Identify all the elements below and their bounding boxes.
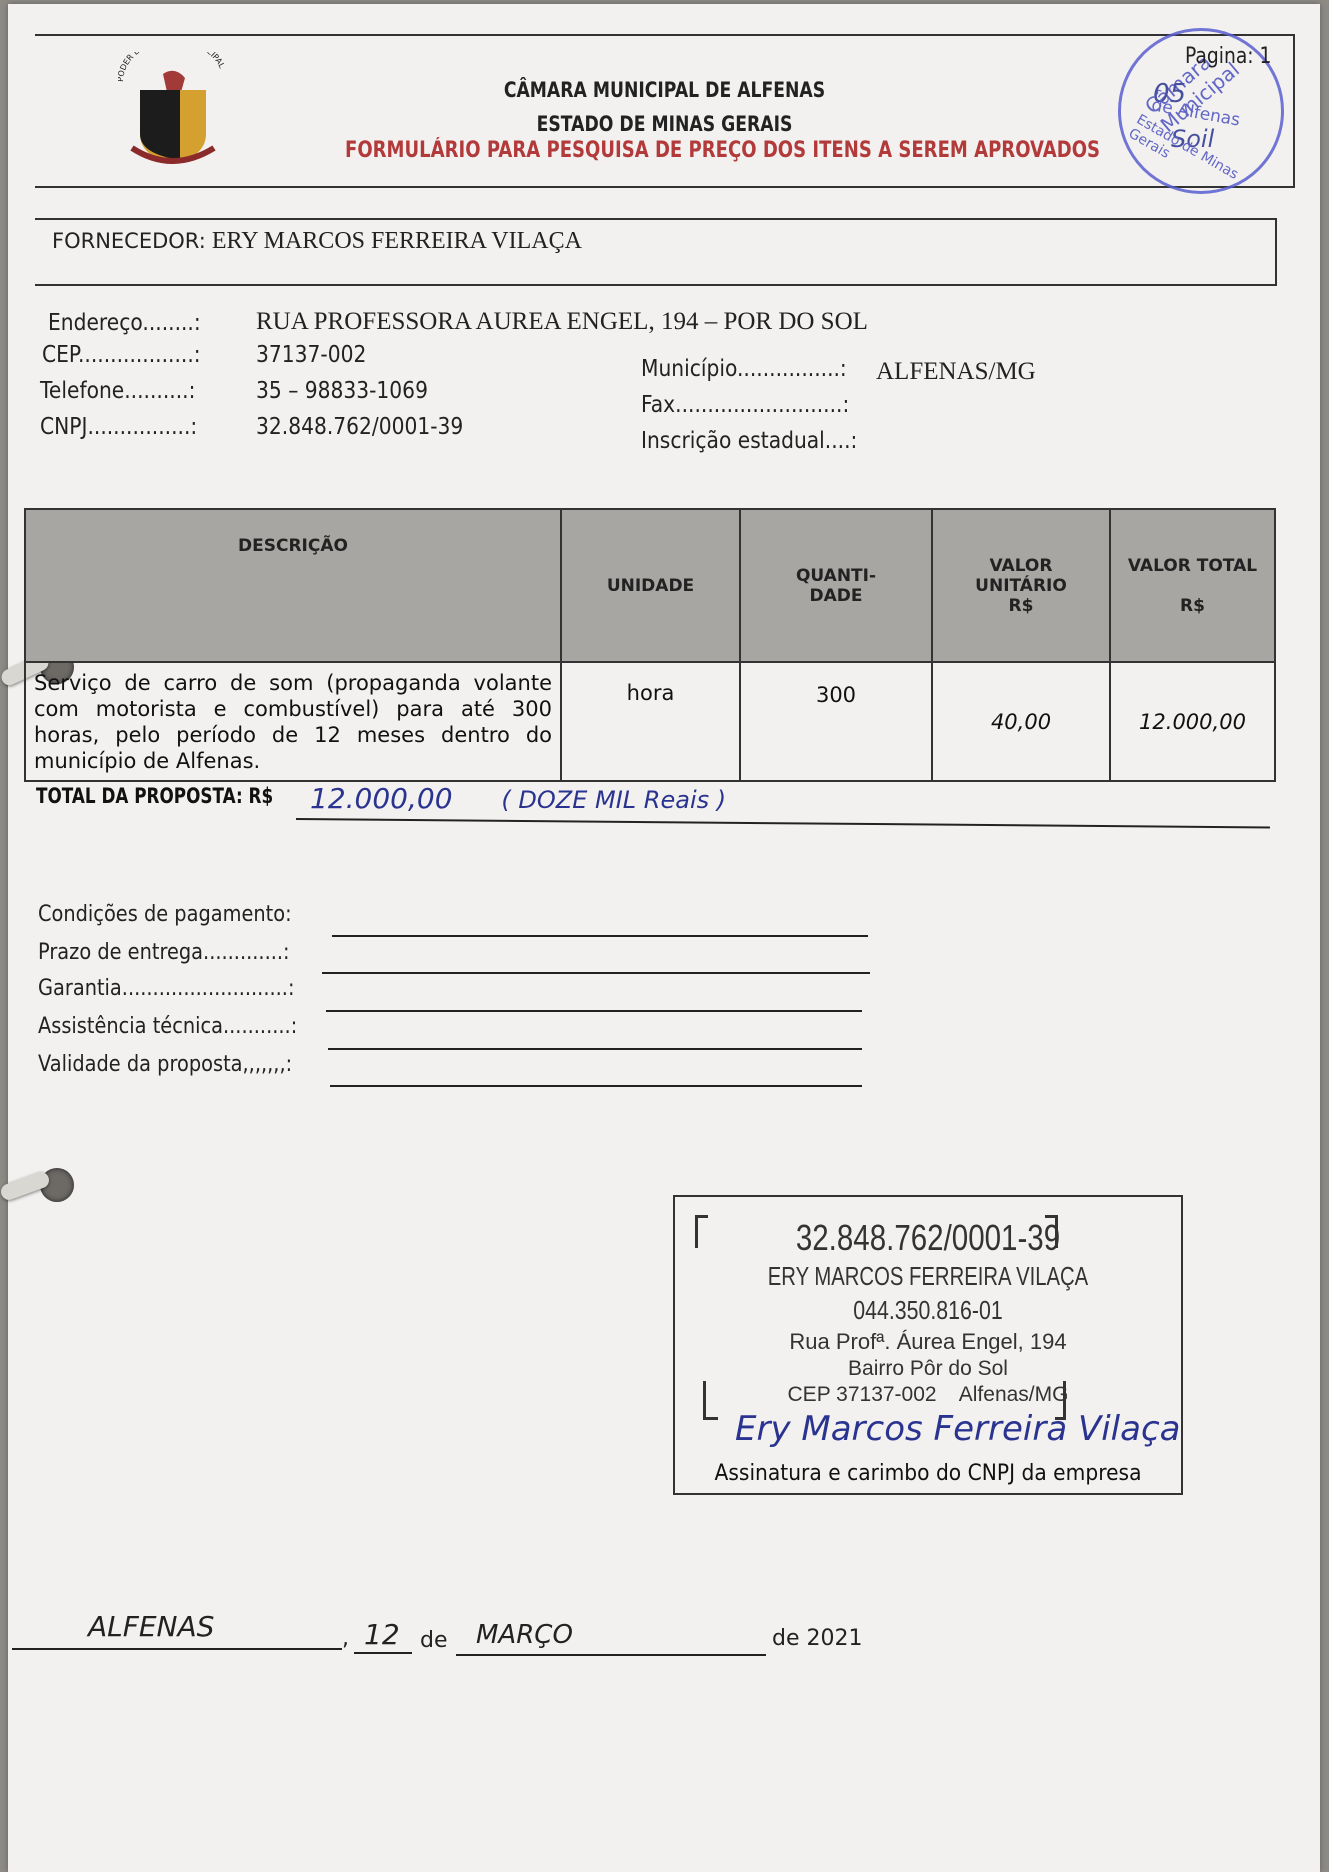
total-in-words: ( DOZE MIL Reais ) — [501, 786, 726, 814]
day-field-line[interactable] — [354, 1652, 412, 1654]
month-value: MARÇO — [476, 1620, 573, 1650]
institution-name: CÂMARA MUNICIPAL DE ALFENAS — [120, 78, 1210, 102]
proposal-validity-field[interactable] — [330, 1085, 862, 1087]
item-unit: hora — [561, 662, 740, 781]
supplier-name: ERY MARCOS FERREIRA VILAÇA — [212, 228, 582, 254]
item-quantity: 300 — [740, 662, 932, 781]
address-value: RUA PROFESSORA AUREA ENGEL, 194 – POR DO… — [256, 308, 868, 336]
supplier-label: FORNECEDOR: — [52, 229, 206, 253]
warranty-field[interactable] — [326, 1010, 862, 1012]
city-value: ALFENAS — [88, 1610, 214, 1643]
cnpj-value: 32.848.762/0001-39 — [256, 414, 463, 440]
technical-assistance-field[interactable] — [328, 1048, 862, 1050]
phone-label: Telefone..........: — [40, 378, 195, 404]
column-header-quantity: QUANTI- DADE — [740, 509, 932, 662]
month-field-line[interactable] — [456, 1654, 766, 1656]
proposal-validity-label: Validade da proposta,,,,,,,: — [38, 1052, 292, 1077]
state-registration-label: Inscrição estadual....: — [641, 428, 857, 454]
technical-assistance-label: Assistência técnica...........: — [38, 1014, 297, 1039]
stamp-name: ERY MARCOS FERREIRA VILAÇA — [731, 1261, 1126, 1292]
delivery-term-label: Prazo de entrega.............: — [38, 940, 290, 965]
stamp-district: Bairro Pôr do Sol — [675, 1357, 1181, 1381]
warranty-label: Garantia...........................: — [38, 976, 294, 1001]
column-header-unit-price: VALOR UNITÁRIO R$ — [932, 509, 1110, 662]
stamp-cnpj: 32.848.762/0001-39 — [721, 1217, 1136, 1259]
table-row: Serviço de carro de som (propaganda vola… — [25, 662, 1275, 781]
municipio-label: Município................: — [641, 356, 847, 382]
column-header-total: VALOR TOTAL R$ — [1110, 509, 1275, 662]
state-name: ESTADO DE MINAS GERAIS — [120, 112, 1210, 136]
signature-caption: Assinatura e carimbo do CNPJ da empresa — [695, 1461, 1161, 1486]
city-field-line[interactable] — [12, 1648, 342, 1650]
page-number: Pagina: 1 — [1185, 44, 1271, 69]
signature-stamp-box: 32.848.762/0001-39 ERY MARCOS FERREIRA V… — [673, 1195, 1183, 1495]
delivery-term-field[interactable] — [322, 972, 870, 974]
stamp-bracket — [703, 1381, 718, 1420]
municipio-value: ALFENAS/MG — [876, 358, 1036, 386]
column-header-description: DESCRIÇÃO — [25, 509, 561, 662]
total-amount: 12.000,00 — [310, 782, 453, 815]
comma: , — [342, 1626, 349, 1651]
item-description: Serviço de carro de som (propaganda vola… — [25, 662, 561, 781]
fax-label: Fax..........................: — [641, 392, 849, 418]
day-value: 12 — [364, 1618, 400, 1651]
items-table: DESCRIÇÃO UNIDADE QUANTI- DADE VALOR UNI… — [24, 508, 1276, 782]
supplier-field: FORNECEDOR: ERY MARCOS FERREIRA VILAÇA — [52, 228, 582, 255]
total-value: 12.000,00 ( DOZE MIL Reais ) — [310, 782, 726, 815]
cnpj-label: CNPJ................: — [40, 414, 197, 440]
item-unit-price: 40,00 — [932, 662, 1110, 781]
column-header-unit: UNIDADE — [561, 509, 740, 662]
handwritten-signature: Ery Marcos Ferreira Vilaça — [735, 1409, 1181, 1449]
stamp-street: Rua Profª. Áurea Engel, 194 — [675, 1329, 1181, 1355]
total-label: TOTAL DA PROPOSTA: R$ — [36, 784, 273, 808]
year-text: de 2021 — [772, 1626, 862, 1651]
payment-conditions-field[interactable] — [332, 935, 868, 937]
stamp-bracket — [695, 1215, 708, 1248]
form-title: FORMULÁRIO PARA PESQUISA DE PREÇO DOS IT… — [345, 138, 1100, 163]
stamp-cpf: 044.350.816-01 — [721, 1295, 1136, 1326]
address-label: Endereço........: — [48, 310, 201, 336]
item-total: 12.000,00 — [1110, 662, 1275, 781]
date-de: de — [420, 1628, 448, 1653]
payment-conditions-label: Condições de pagamento: — [38, 902, 292, 927]
phone-value: 35 – 98833-1069 — [256, 378, 428, 404]
stamp-cep-city: CEP 37137-002 Alfenas/MG — [675, 1383, 1181, 1407]
cep-value: 37137-002 — [256, 342, 366, 368]
cep-label: CEP..................: — [42, 342, 201, 368]
